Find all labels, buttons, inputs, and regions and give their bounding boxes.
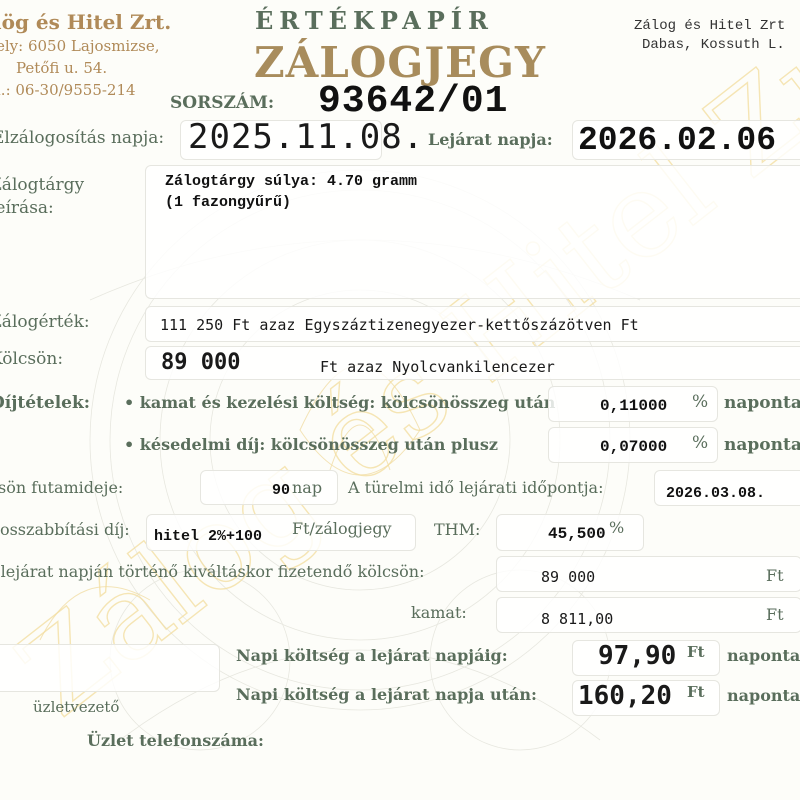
item-description-line1: Zálogtárgy súlya: 4.70 gramm xyxy=(165,173,417,190)
daily-cost-until-due-value: 97,90 xyxy=(598,641,676,671)
redemption-interest-unit: Ft xyxy=(766,605,784,624)
daily-cost-until-due-period: naponta xyxy=(727,646,800,665)
fee-interest-period: naponta xyxy=(724,393,800,413)
valuation-value: 111 250 Ft azaz Egyszáztizenegyezer-kett… xyxy=(160,316,639,334)
daily-cost-after-due-label: Napi költség a lejárat napja után: xyxy=(236,685,537,704)
redemption-loan-unit: Ft xyxy=(766,566,784,585)
thm-label: THM: xyxy=(434,520,480,539)
thm-value: 45,500 xyxy=(548,525,606,543)
issuer-name: lög és Hitel Zrt. xyxy=(0,10,171,34)
extension-fee-value: hitel 2%+100 xyxy=(154,528,262,545)
item-description-line2: (1 fazongyűrű) xyxy=(165,194,291,211)
document-subtitle: ÉRTÉKPAPÍR xyxy=(255,6,494,35)
daily-cost-after-due-unit: Ft xyxy=(687,683,705,701)
shop-phone-label: Üzlet telefonszáma: xyxy=(87,731,264,750)
redemption-interest-label: kamat: xyxy=(411,603,467,622)
due-date-value: 2026.02.06 xyxy=(578,122,776,159)
pawn-date-value: 2025.11.08. xyxy=(188,117,424,157)
loan-amount-words: Ft azaz Nyolcvankilencezer xyxy=(320,358,555,376)
loan-label: Kölcsön: xyxy=(0,349,63,369)
fee-late-unit: % xyxy=(692,433,708,453)
fee-item-interest-text: kamat és kezelési költség: kölcsönösszeg… xyxy=(140,393,556,412)
daily-cost-after-due-period: naponta xyxy=(727,686,800,705)
extension-fee-unit: Ft/zálogjegy xyxy=(292,519,392,538)
thm-unit: % xyxy=(609,518,624,537)
grace-period-label: A türelmi idő lejárati időpontja: xyxy=(348,478,603,497)
fee-late-rate: 0,07000 xyxy=(600,438,667,456)
redemption-interest-value: 8 811,00 xyxy=(541,610,613,628)
daily-cost-until-due-label: Napi költség a lejárat napjáig: xyxy=(236,646,508,665)
serial-label: SORSZÁM: xyxy=(170,93,274,113)
item-label-line1: Zálogtárgy xyxy=(0,175,84,195)
pawn-date-label: Elzálogosítás napja: xyxy=(0,128,164,148)
term-label: A kölcsön futamideje: xyxy=(0,478,123,497)
fee-interest-unit: % xyxy=(692,392,708,412)
fee-late-period: naponta xyxy=(724,435,800,455)
fee-item-interest: • kamat és kezelési költség: kölcsönössz… xyxy=(124,393,555,412)
item-label-line2: leírása: xyxy=(0,198,54,218)
term-value: 90 xyxy=(272,482,290,499)
redemption-loan-value: 89 000 xyxy=(541,568,595,586)
daily-cost-after-due-value: 160,20 xyxy=(578,681,672,711)
fees-label: Díjtételek: xyxy=(0,393,90,413)
loan-amount: 89 000 xyxy=(161,350,240,375)
branch-name: Zálog és Hitel Zrt xyxy=(634,18,785,34)
fee-interest-rate: 0,11000 xyxy=(600,397,667,415)
manager-label: üzletvezető xyxy=(33,698,119,716)
valuation-label: Zálogérték: xyxy=(0,312,90,332)
issuer-address-line1: ely: 6050 Lajosmizse, xyxy=(0,37,159,55)
term-unit: nap xyxy=(292,478,322,497)
extension-fee-label: Hosszabbítási díj: xyxy=(0,520,130,539)
bullet-icon: • xyxy=(124,435,140,454)
grace-period-value: 2026.03.08. xyxy=(666,485,765,502)
manager-signature-field xyxy=(0,644,220,692)
issuer-phone: l.: 06-30/9555-214 xyxy=(0,81,136,99)
branch-address: Dabas, Kossuth L. xyxy=(642,37,785,53)
fee-item-late: • késedelmi díj: kölcsönösszeg után plus… xyxy=(124,435,498,454)
daily-cost-until-due-unit: Ft xyxy=(687,643,705,661)
fee-item-late-text: késedelmi díj: kölcsönösszeg után plusz xyxy=(140,435,498,454)
redemption-loan-label: A lejárat napján történő kiváltáskor fiz… xyxy=(0,562,424,581)
issuer-address-line2: Petőfi u. 54. xyxy=(16,59,107,77)
due-date-label: Lejárat napja: xyxy=(428,130,553,149)
bullet-icon: • xyxy=(124,393,140,412)
